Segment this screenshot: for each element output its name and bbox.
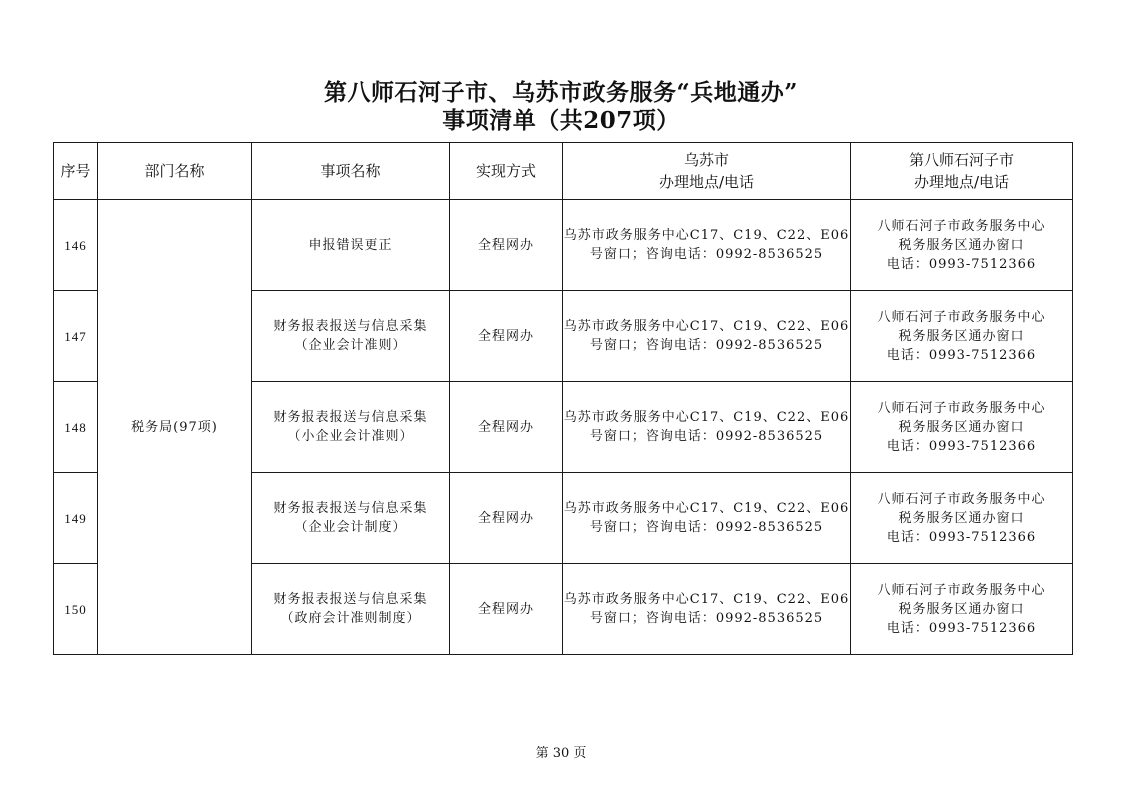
row-index: 149 <box>54 473 98 564</box>
header-item-name: 事项名称 <box>252 143 450 200</box>
item-name-line1: 财务报表报送与信息采集 <box>252 499 449 518</box>
item-name-cell: 财务报表报送与信息采集 （小企业会计准则） <box>252 382 450 473</box>
header-wusu-location: 乌苏市 办理地点/电话 <box>563 143 851 200</box>
shz-line1: 八师石河子市政务服务中心 <box>851 308 1072 327</box>
method-cell: 全程网办 <box>450 291 563 382</box>
item-name-cell: 财务报表报送与信息采集 （企业会计制度） <box>252 473 450 564</box>
shz-line3: 电话：0993-7512366 <box>851 619 1072 638</box>
header-wusu-line1: 乌苏市 <box>563 149 850 171</box>
table-header-row: 序号 部门名称 事项名称 实现方式 乌苏市 办理地点/电话 第八师石河子市 办理… <box>54 143 1073 200</box>
row-index: 150 <box>54 564 98 655</box>
wusu-line2: 号窗口；咨询电话：0992-8536525 <box>563 609 850 628</box>
wusu-line1: 乌苏市政务服务中心C17、C19、C22、E06 <box>563 408 850 427</box>
shz-location-cell: 八师石河子市政务服务中心 税务服务区通办窗口 电话：0993-7512366 <box>851 473 1073 564</box>
wusu-line2: 号窗口；咨询电话：0992-8536525 <box>563 336 850 355</box>
item-name-line1: 财务报表报送与信息采集 <box>252 317 449 336</box>
document-title-line2: 事项清单（共207项） <box>0 102 1122 135</box>
method-cell: 全程网办 <box>450 564 563 655</box>
shz-line3: 电话：0993-7512366 <box>851 346 1072 365</box>
item-name-line1: 申报错误更正 <box>252 236 449 255</box>
row-index: 147 <box>54 291 98 382</box>
wusu-location-cell: 乌苏市政务服务中心C17、C19、C22、E06 号窗口；咨询电话：0992-8… <box>563 473 851 564</box>
item-name-line2: （企业会计准则） <box>252 336 449 355</box>
method-cell: 全程网办 <box>450 382 563 473</box>
item-name-line2: （政府会计准则制度） <box>252 609 449 628</box>
wusu-location-cell: 乌苏市政务服务中心C17、C19、C22、E06 号窗口；咨询电话：0992-8… <box>563 564 851 655</box>
header-method: 实现方式 <box>450 143 563 200</box>
shz-line3: 电话：0993-7512366 <box>851 255 1072 274</box>
shz-line2: 税务服务区通办窗口 <box>851 600 1072 619</box>
shz-location-cell: 八师石河子市政务服务中心 税务服务区通办窗口 电话：0993-7512366 <box>851 291 1073 382</box>
table-row: 146 税务局(97项) 申报错误更正 全程网办 乌苏市政务服务中心C17、C1… <box>54 200 1073 291</box>
shz-line1: 八师石河子市政务服务中心 <box>851 581 1072 600</box>
wusu-location-cell: 乌苏市政务服务中心C17、C19、C22、E06 号窗口；咨询电话：0992-8… <box>563 291 851 382</box>
wusu-line1: 乌苏市政务服务中心C17、C19、C22、E06 <box>563 499 850 518</box>
row-index: 146 <box>54 200 98 291</box>
shz-line1: 八师石河子市政务服务中心 <box>851 399 1072 418</box>
item-name-line1: 财务报表报送与信息采集 <box>252 590 449 609</box>
header-wusu-line2: 办理地点/电话 <box>563 171 850 193</box>
item-name-line1: 财务报表报送与信息采集 <box>252 408 449 427</box>
shz-location-cell: 八师石河子市政务服务中心 税务服务区通办窗口 电话：0993-7512366 <box>851 564 1073 655</box>
shz-line1: 八师石河子市政务服务中心 <box>851 490 1072 509</box>
shz-line2: 税务服务区通办窗口 <box>851 509 1072 528</box>
header-shz-location: 第八师石河子市 办理地点/电话 <box>851 143 1073 200</box>
header-department: 部门名称 <box>98 143 252 200</box>
department-cell: 税务局(97项) <box>98 200 252 655</box>
item-name-cell: 申报错误更正 <box>252 200 450 291</box>
shz-line2: 税务服务区通办窗口 <box>851 327 1072 346</box>
wusu-line2: 号窗口；咨询电话：0992-8536525 <box>563 518 850 537</box>
shz-line3: 电话：0993-7512366 <box>851 437 1072 456</box>
items-table: 序号 部门名称 事项名称 实现方式 乌苏市 办理地点/电话 第八师石河子市 办理… <box>53 142 1073 655</box>
header-shz-line1: 第八师石河子市 <box>851 149 1072 171</box>
shz-location-cell: 八师石河子市政务服务中心 税务服务区通办窗口 电话：0993-7512366 <box>851 200 1073 291</box>
item-name-cell: 财务报表报送与信息采集 （政府会计准则制度） <box>252 564 450 655</box>
wusu-line2: 号窗口；咨询电话：0992-8536525 <box>563 245 850 264</box>
wusu-line1: 乌苏市政务服务中心C17、C19、C22、E06 <box>563 317 850 336</box>
row-index: 148 <box>54 382 98 473</box>
method-cell: 全程网办 <box>450 200 563 291</box>
shz-line2: 税务服务区通办窗口 <box>851 236 1072 255</box>
wusu-line1: 乌苏市政务服务中心C17、C19、C22、E06 <box>563 226 850 245</box>
item-name-line2: （企业会计制度） <box>252 518 449 537</box>
shz-line1: 八师石河子市政务服务中心 <box>851 217 1072 236</box>
wusu-line2: 号窗口；咨询电话：0992-8536525 <box>563 427 850 446</box>
item-name-line2: （小企业会计准则） <box>252 427 449 446</box>
item-name-cell: 财务报表报送与信息采集 （企业会计准则） <box>252 291 450 382</box>
shz-line2: 税务服务区通办窗口 <box>851 418 1072 437</box>
shz-location-cell: 八师石河子市政务服务中心 税务服务区通办窗口 电话：0993-7512366 <box>851 382 1073 473</box>
wusu-location-cell: 乌苏市政务服务中心C17、C19、C22、E06 号窗口；咨询电话：0992-8… <box>563 382 851 473</box>
header-index: 序号 <box>54 143 98 200</box>
method-cell: 全程网办 <box>450 473 563 564</box>
wusu-line1: 乌苏市政务服务中心C17、C19、C22、E06 <box>563 590 850 609</box>
header-shz-line2: 办理地点/电话 <box>851 171 1072 193</box>
wusu-location-cell: 乌苏市政务服务中心C17、C19、C22、E06 号窗口；咨询电话：0992-8… <box>563 200 851 291</box>
page-number: 第 30 页 <box>0 742 1122 761</box>
shz-line3: 电话：0993-7512366 <box>851 528 1072 547</box>
